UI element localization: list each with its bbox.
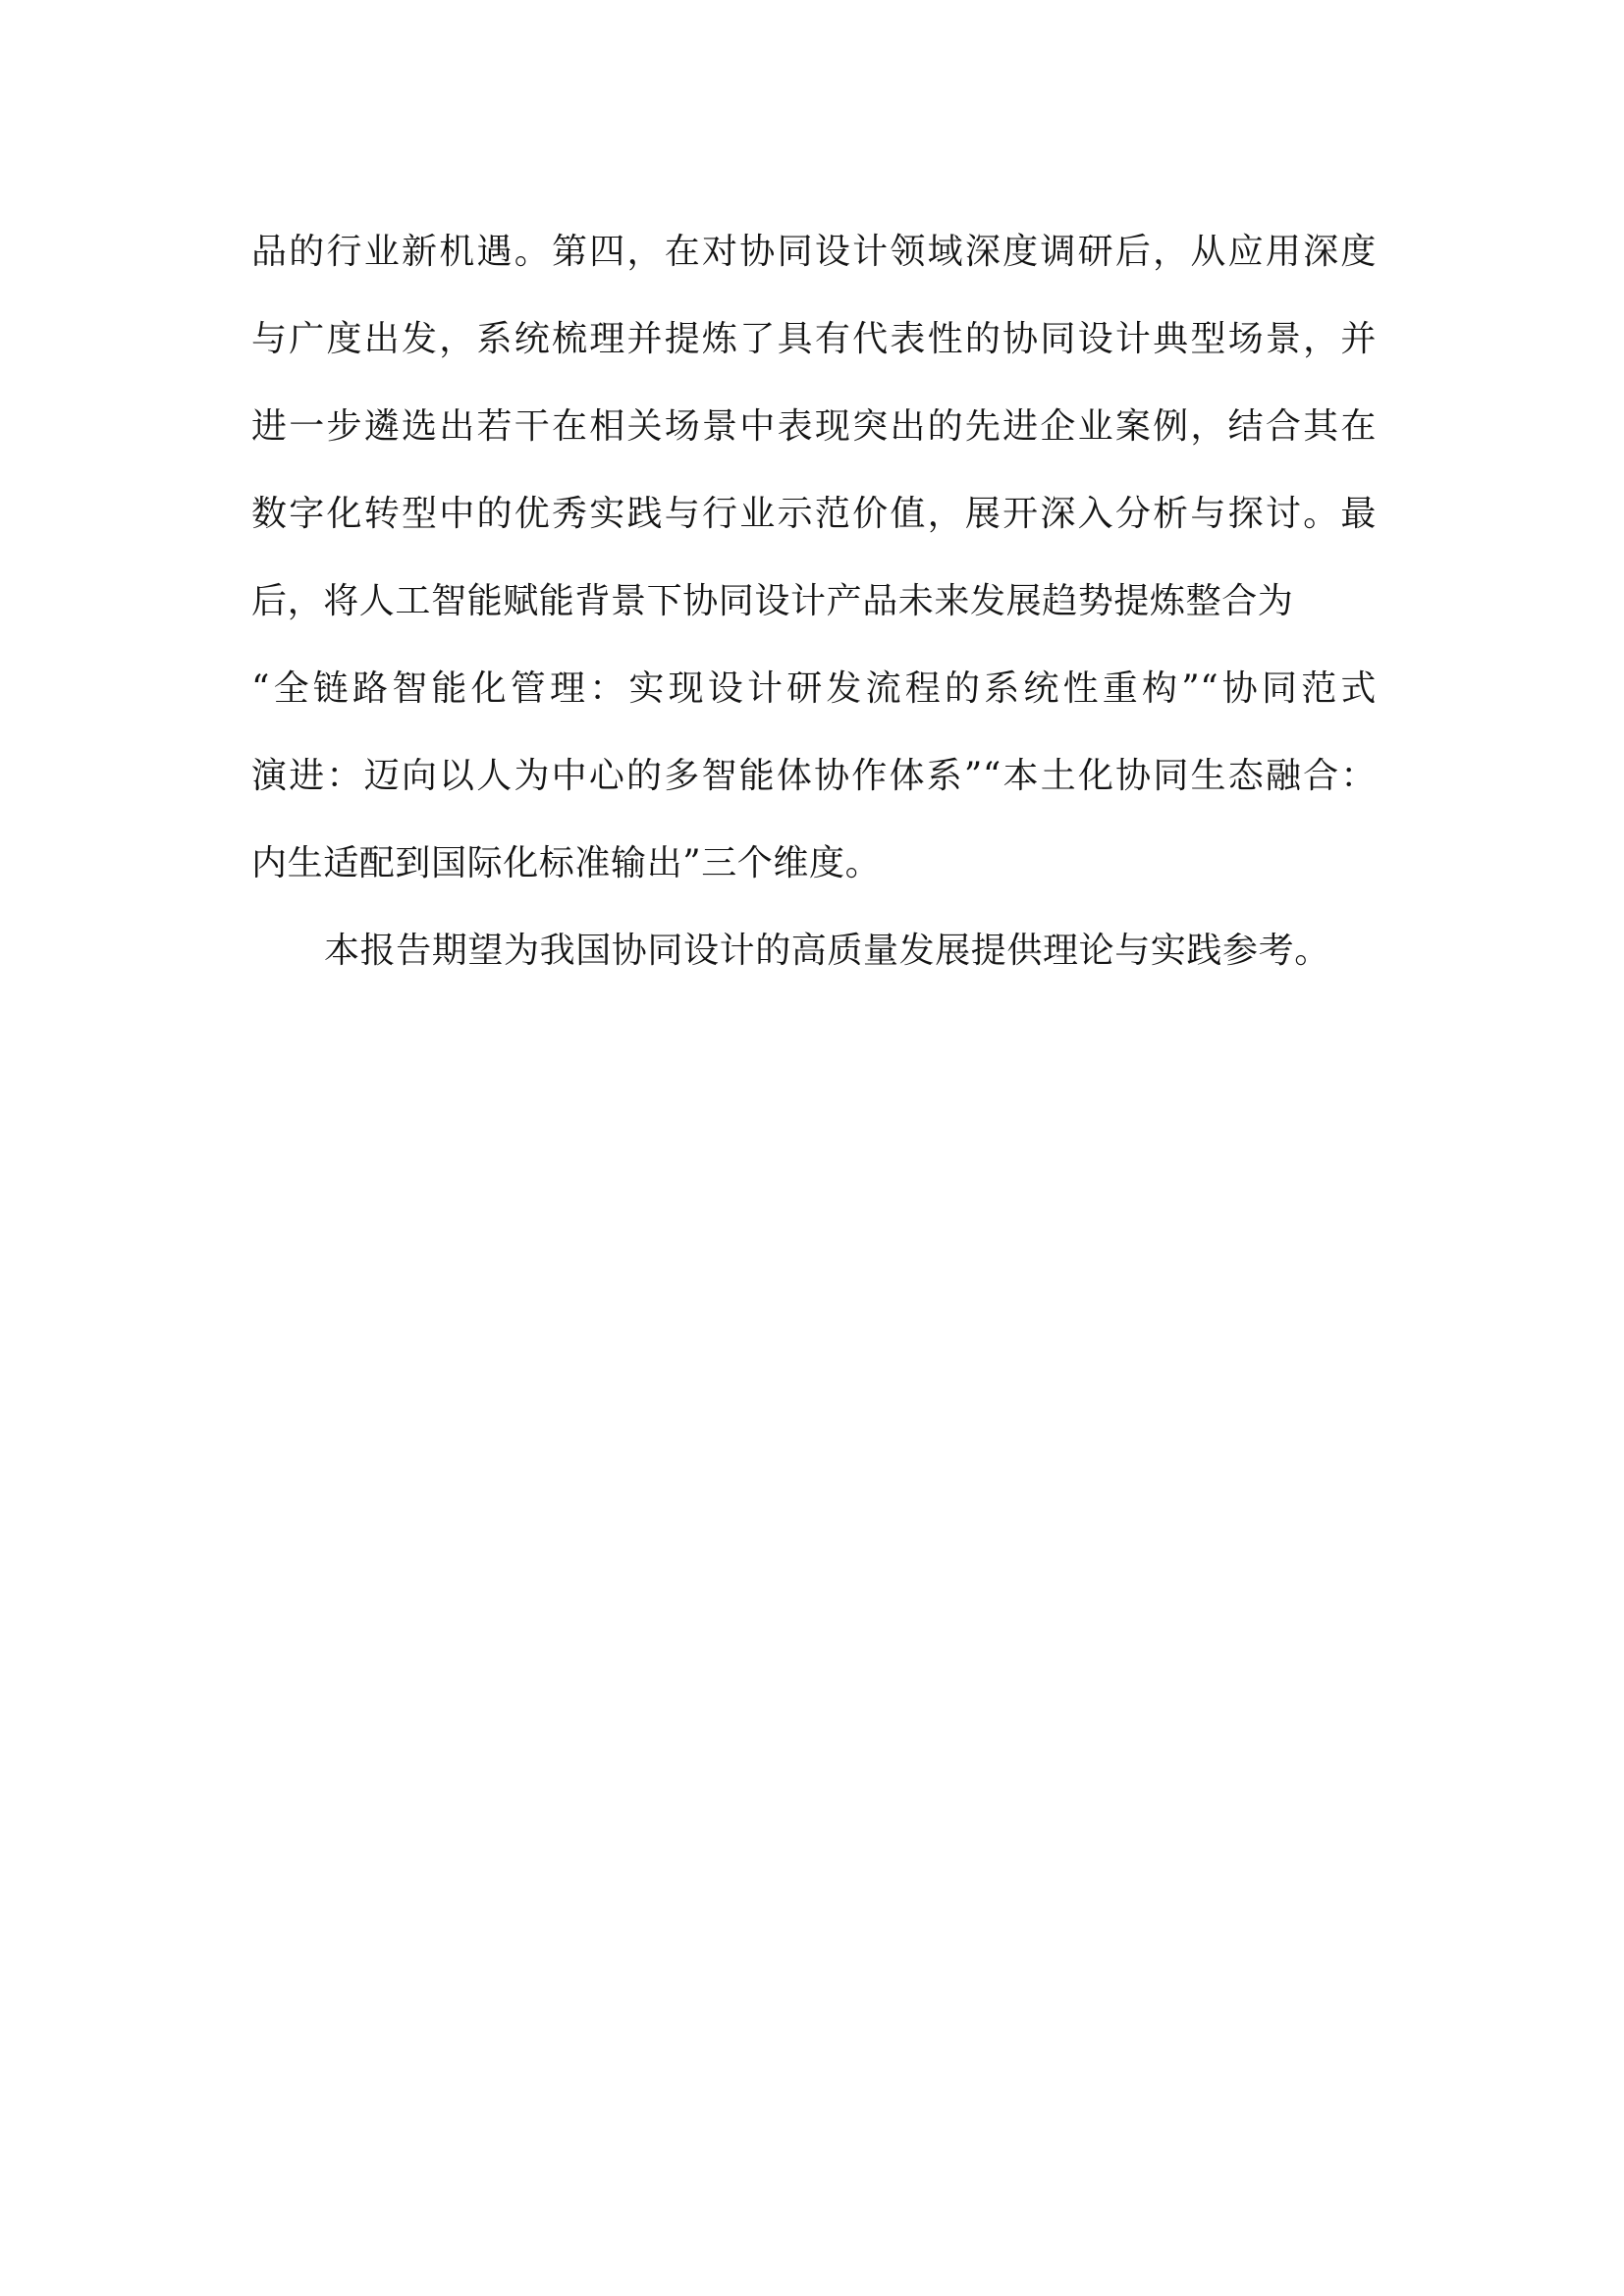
text-line: “全链路智能化管理：实现设计研发流程的系统性重构”“协同范式 — [251, 645, 1377, 732]
paragraph-closing: 本报告期望为我国协同设计的高质量发展提供理论与实践参考。 — [251, 907, 1377, 994]
text-line: 内生适配到国际化标准输出”三个维度。 — [251, 820, 1377, 907]
text-line: 后，将人工智能赋能背景下协同设计产品未来发展趋势提炼整合为 — [251, 558, 1377, 645]
text-line: 与广度出发，系统梳理并提炼了具有代表性的协同设计典型场景，并 — [251, 295, 1377, 383]
text-line: 品的行业新机遇。第四，在对协同设计领域深度调研后，从应用深度 — [251, 208, 1377, 295]
body-text: 品的行业新机遇。第四，在对协同设计领域深度调研后，从应用深度 与广度出发，系统梳… — [251, 208, 1377, 994]
document-page: 品的行业新机遇。第四，在对协同设计领域深度调研后，从应用深度 与广度出发，系统梳… — [0, 0, 1624, 2296]
text-line: 数字化转型中的优秀实践与行业示范价值，展开深入分析与探讨。最 — [251, 470, 1377, 558]
text-line: 进一步遴选出若干在相关场景中表现突出的先进企业案例，结合其在 — [251, 383, 1377, 470]
text-line: 本报告期望为我国协同设计的高质量发展提供理论与实践参考。 — [251, 907, 1377, 994]
paragraph-continuation: 品的行业新机遇。第四，在对协同设计领域深度调研后，从应用深度 与广度出发，系统梳… — [251, 208, 1377, 907]
text-line: 演进：迈向以人为中心的多智能体协作体系”“本土化协同生态融合： — [251, 732, 1377, 820]
